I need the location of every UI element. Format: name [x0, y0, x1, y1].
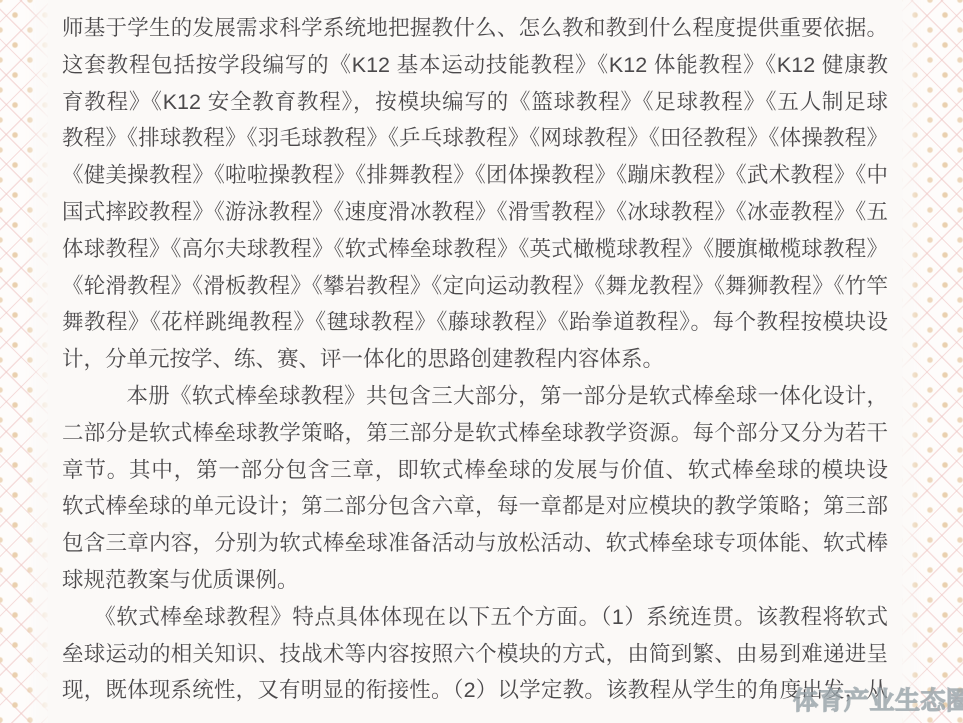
text-line: 《软式棒垒球教程》特点具体体现在以下五个方面。（1）系统连贯。该教程将软式棒 — [62, 599, 888, 636]
text-lines: 师基于学生的发展需求科学系统地把握教什么、怎么教和教到什么程度提供重要依据。这套… — [62, 10, 888, 709]
text-line: 教程》《排球教程》《羽毛球教程》《乒乓球教程》《网球教程》《田径教程》《体操教程… — [62, 120, 888, 157]
text-line: 现，既体现系统性，又有明显的衔接性。（2）以学定教。该教程从学生的角度出发，从 — [62, 672, 888, 709]
text-line: 《健美操教程》《啦啦操教程》《排舞教程》《团体操教程》《蹦床教程》《武术教程》《… — [62, 157, 888, 194]
text-line: 包含三章内容，分别为软式棒垒球准备活动与放松活动、软式棒垒球专项体能、软式棒垒 — [62, 525, 888, 562]
text-line: 育教程》《K12 安全教育教程》，按模块编写的《篮球教程》《足球教程》《五人制足… — [62, 84, 888, 121]
text-line: 师基于学生的发展需求科学系统地把握教什么、怎么教和教到什么程度提供重要依据。 — [62, 10, 888, 47]
text-line: 本册《软式棒垒球教程》共包含三大部分，第一部分是软式棒垒球一体化设计，第 — [62, 378, 888, 415]
text-line: 体球教程》《高尔夫球教程》《软式棒垒球教程》《英式橄榄球教程》《腰旗橄榄球教程》 — [62, 231, 888, 268]
text-line: 舞教程》《花样跳绳教程》《毽球教程》《藤球教程》《跆拳道教程》。每个教程按模块设 — [62, 304, 888, 341]
text-line: 软式棒垒球的单元设计；第二部分包含六章，每一章都是对应模块的教学策略；第三部分 — [62, 488, 888, 525]
text-line: 球规范教案与优质课例。 — [62, 562, 888, 599]
text-line: 二部分是软式棒垒球教学策略，第三部分是软式棒垒球教学资源。每个部分又分为若干个 — [62, 415, 888, 452]
text-line: 这套教程包括按学段编写的《K12 基本运动技能教程》《K12 体能教程》《K12… — [62, 47, 888, 84]
text-line: 《轮滑教程》《滑板教程》《攀岩教程》《定向运动教程》《舞龙教程》《舞狮教程》《竹… — [62, 268, 888, 305]
document-page: 师基于学生的发展需求科学系统地把握教什么、怎么教和教到什么程度提供重要依据。这套… — [48, 0, 902, 723]
page-background: 师基于学生的发展需求科学系统地把握教什么、怎么教和教到什么程度提供重要依据。这套… — [0, 0, 963, 723]
text-line: 国式摔跤教程》《游泳教程》《速度滑冰教程》《滑雪教程》《冰球教程》《冰壶教程》《… — [62, 194, 888, 231]
text-line: 垒球运动的相关知识、技战术等内容按照六个模块的方式，由简到繁、由易到难递进呈 — [62, 636, 888, 673]
text-line: 章节。其中，第一部分包含三章，即软式棒垒球的发展与价值、软式棒垒球的模块设计、 — [62, 452, 888, 489]
text-line: 计，分单元按学、练、赛、评一体化的思路创建教程内容体系。 — [62, 341, 888, 378]
